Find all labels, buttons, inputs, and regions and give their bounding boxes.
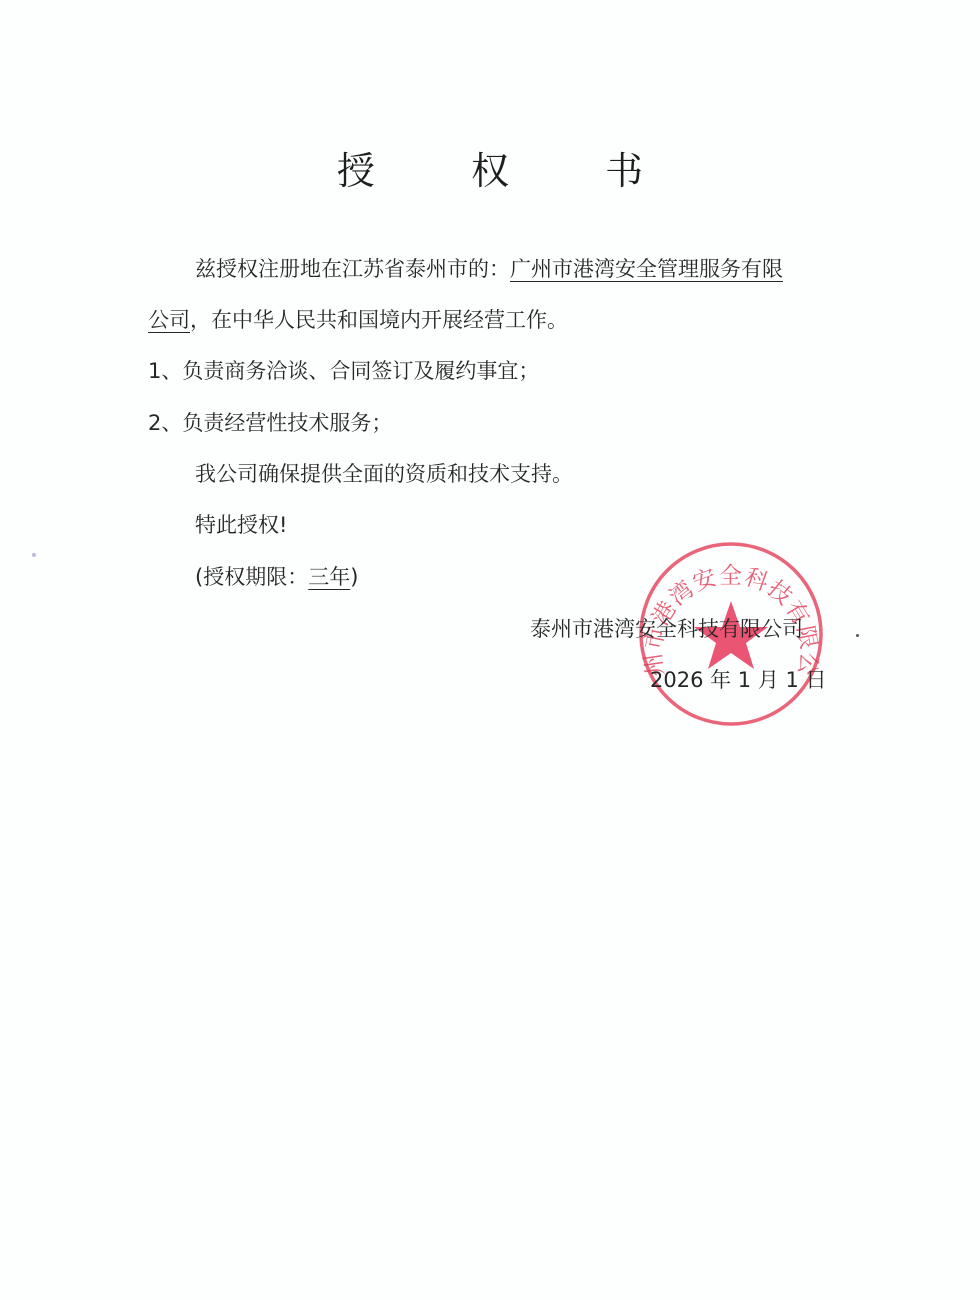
- authorization-scope: ，在中华人民共和国境内开展经营工作。: [190, 308, 568, 332]
- signatory-company: 泰州市港湾安全科技有限公司: [530, 614, 803, 644]
- signature-date: 2026 年 1 月 1 日: [650, 665, 827, 695]
- assurance-statement: 我公司确保提供全面的资质和技术支持。: [195, 459, 573, 489]
- closing-statement: 特此授权!: [195, 510, 287, 540]
- authorization-line-1: 兹授权注册地在江苏省泰州市的：广州市港湾安全管理服务有限: [195, 254, 783, 284]
- document-title: 授 权 书: [0, 140, 980, 195]
- term-value: 三年: [308, 565, 350, 589]
- term-close: ): [350, 565, 358, 589]
- scan-speck: [856, 634, 859, 637]
- authorization-prefix: 兹授权注册地在江苏省泰州市的：: [195, 257, 510, 281]
- scan-speck: [32, 553, 36, 557]
- term-label: (授权期限：: [195, 565, 308, 589]
- duty-item-1: 1、负责商务洽谈、合同签订及履约事宜；: [148, 356, 539, 386]
- duty-item-2: 2、负责经营性技术服务；: [148, 408, 392, 438]
- authorization-term: (授权期限：三年): [195, 562, 358, 592]
- document-page: 授 权 书 兹授权注册地在江苏省泰州市的：广州市港湾安全管理服务有限 公司，在中…: [0, 0, 980, 1300]
- authorized-company-part2: 公司: [148, 308, 190, 332]
- authorized-company-part1: 广州市港湾安全管理服务有限: [510, 257, 783, 281]
- authorization-line-2: 公司，在中华人民共和国境内开展经营工作。: [148, 305, 568, 335]
